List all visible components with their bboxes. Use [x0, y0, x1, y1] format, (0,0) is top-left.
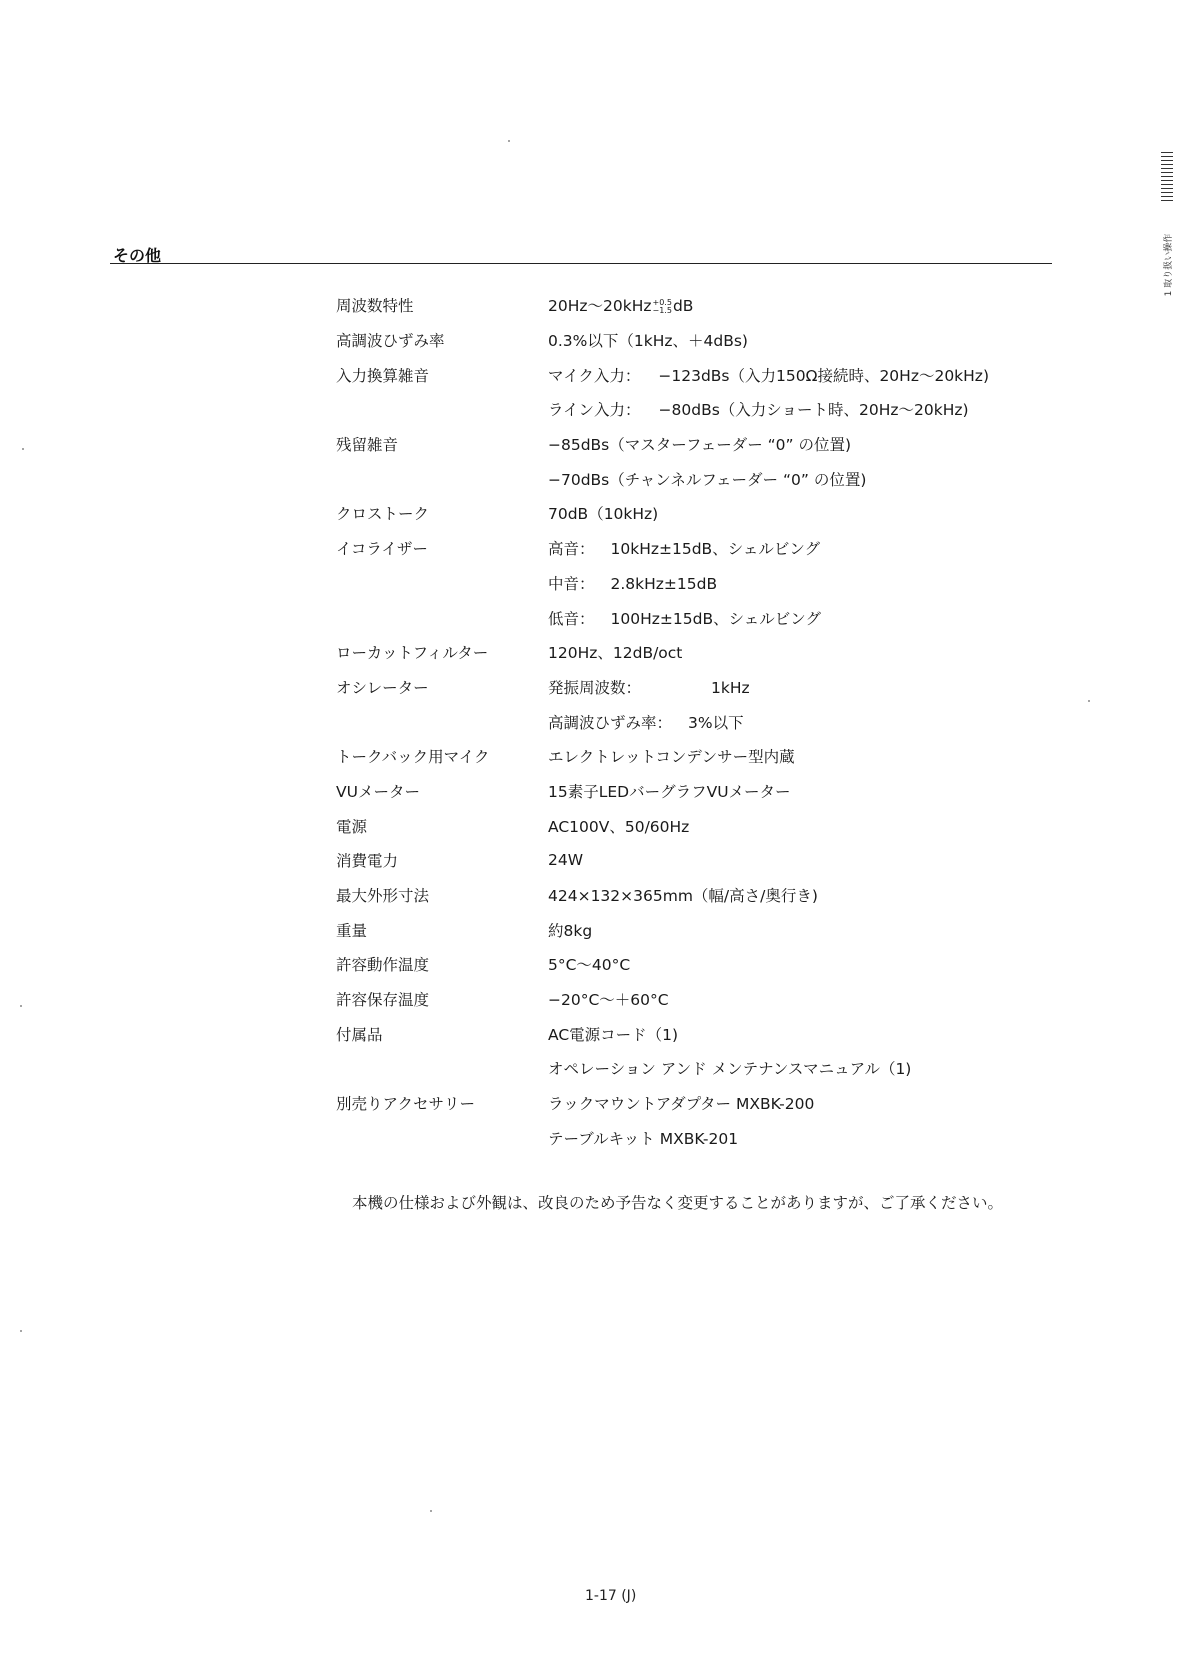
spec-row-residual-noise-master: 残留雑音 −85dBs（マスターフェーダー “0” の位置)	[336, 427, 1056, 462]
scan-speck	[20, 1330, 22, 1332]
spec-value: 高調波ひずみ率：3%以下	[548, 711, 1056, 733]
spec-sub-value: 100Hz±15dB、シェルビング	[611, 610, 821, 628]
spec-label: 最大外形寸法	[336, 884, 548, 906]
spec-row-power-source: 電源 AC100V、50/60Hz	[336, 808, 1056, 843]
spec-label: 付属品	[336, 1023, 548, 1045]
tolerance: +0.5−1.5	[653, 299, 672, 315]
spec-value-text: 20Hz～20kHz	[548, 297, 652, 315]
spec-value: 70dB（10kHz)	[548, 502, 1056, 524]
chapter-title: 取り扱い操作	[1164, 234, 1174, 288]
chapter-side-tab: 1 取り扱い操作	[1158, 148, 1176, 318]
scan-speck	[22, 448, 24, 450]
spec-value: 15素子LEDバーグラフVUメーター	[548, 780, 1056, 802]
spec-sub-key: 発振周波数：	[548, 676, 641, 698]
spec-row-accessories-manual: オペレーション アンド メンテナンスマニュアル（1)	[336, 1051, 1056, 1086]
spec-value: 24W	[548, 851, 1056, 869]
spec-sub-key: 低音：	[548, 607, 595, 629]
spec-row-optional-rackmount: 別売りアクセサリー ラックマウントアダプター MXBK-200	[336, 1086, 1056, 1121]
spec-row-eq-mid: 中音：2.8kHz±15dB	[336, 566, 1056, 601]
page-number: 1-17 (J)	[585, 1588, 636, 1604]
spec-sub-key: 高調波ひずみ率：	[548, 711, 672, 733]
spec-value: 424×132×365mm（幅/高さ/奥行き)	[548, 884, 1056, 906]
spec-value: ライン入力：−80dBs（入力ショート時、20Hz～20kHz)	[548, 398, 1056, 420]
chapter-tab-label: 1 取り扱い操作	[1161, 215, 1175, 315]
spec-row-low-cut-filter: ローカットフィルター 120Hz、12dB/oct	[336, 635, 1056, 670]
specification-change-note: 本機の仕様および外観は、改良のため予告なく変更することがありますが、ご了承くださ…	[352, 1187, 1072, 1220]
scan-speck	[430, 1510, 432, 1512]
spec-sub-value: 2.8kHz±15dB	[611, 575, 718, 593]
spec-row-power-consumption: 消費電力 24W	[336, 843, 1056, 878]
spec-value: 0.3%以下（1kHz、＋4dBs)	[548, 329, 1056, 351]
spec-row-oscillator-freq: オシレーター 発振周波数：1kHz	[336, 670, 1056, 705]
spec-value: テーブルキット MXBK-201	[548, 1127, 1056, 1149]
spec-value: 中音：2.8kHz±15dB	[548, 572, 1056, 594]
spec-label: オシレーター	[336, 676, 548, 698]
spec-value: AC電源コード（1)	[548, 1023, 1056, 1045]
spec-row-eq-low: 低音：100Hz±15dB、シェルビング	[336, 600, 1056, 635]
spec-label: 電源	[336, 815, 548, 837]
spec-label: 消費電力	[336, 849, 548, 871]
spec-sub-value: 3%以下	[688, 714, 744, 732]
spec-value: 低音：100Hz±15dB、シェルビング	[548, 607, 1056, 629]
section-divider	[110, 263, 1052, 264]
spec-row-dimensions: 最大外形寸法 424×132×365mm（幅/高さ/奥行き)	[336, 878, 1056, 913]
spec-value: −70dBs（チャンネルフェーダー “0” の位置)	[548, 468, 1056, 490]
spec-value: 約8kg	[548, 919, 1056, 941]
spec-label: 別売りアクセサリー	[336, 1092, 548, 1114]
spec-value: 発振周波数：1kHz	[548, 676, 1056, 698]
spec-label: VUメーター	[336, 780, 548, 802]
spec-label: 残留雑音	[336, 433, 548, 455]
spec-value: マイク入力：−123dBs（入力150Ω接続時、20Hz～20kHz)	[548, 364, 1056, 386]
spec-label: 周波数特性	[336, 294, 548, 316]
spec-row-oscillator-thd: 高調波ひずみ率：3%以下	[336, 704, 1056, 739]
spec-sub-key: ライン入力：	[548, 398, 641, 420]
spec-label: 重量	[336, 919, 548, 941]
scan-speck	[1088, 700, 1090, 702]
spec-row-vu-meter: VUメーター 15素子LEDバーグラフVUメーター	[336, 774, 1056, 809]
spec-row-accessories-cord: 付属品 AC電源コード（1)	[336, 1016, 1056, 1051]
spec-table: 周波数特性 20Hz～20kHz+0.5−1.5dB 高調波ひずみ率 0.3%以…	[336, 288, 1056, 1155]
spec-value: 5°C～40°C	[548, 953, 1056, 975]
spec-row-crosstalk: クロストーク 70dB（10kHz)	[336, 496, 1056, 531]
spec-value: オペレーション アンド メンテナンスマニュアル（1)	[548, 1057, 1056, 1079]
spec-value: −85dBs（マスターフェーダー “0” の位置)	[548, 433, 1056, 455]
spec-sub-key: マイク入力：	[548, 364, 640, 386]
chapter-number: 1	[1164, 291, 1174, 297]
spec-label: トークバック用マイク	[336, 745, 548, 767]
spec-row-weight: 重量 約8kg	[336, 912, 1056, 947]
spec-label: クロストーク	[336, 502, 548, 524]
spec-label: 高調波ひずみ率	[336, 329, 548, 351]
spec-value: 高音：10kHz±15dB、シェルビング	[548, 537, 1056, 559]
spec-value: ラックマウントアダプター MXBK-200	[548, 1092, 1056, 1114]
scan-speck	[508, 140, 510, 142]
spec-sub-value: 1kHz	[711, 679, 750, 697]
spec-label: 許容保存温度	[336, 988, 548, 1010]
spec-sub-key: 中音：	[548, 572, 595, 594]
tolerance-unit: dB	[673, 297, 693, 315]
spec-value: −20°C～＋60°C	[548, 988, 1056, 1010]
spec-value: 120Hz、12dB/oct	[548, 641, 1056, 663]
spec-value: 20Hz～20kHz+0.5−1.5dB	[548, 294, 1056, 316]
spec-sub-value: 10kHz±15dB、シェルビング	[611, 540, 821, 558]
tolerance-minus: −1.5	[653, 307, 672, 315]
spec-row-input-noise-mic: 入力換算雑音 マイク入力：−123dBs（入力150Ω接続時、20Hz～20kH…	[336, 357, 1056, 392]
spec-row-storage-temp: 許容保存温度 −20°C～＋60°C	[336, 982, 1056, 1017]
spec-row-talkback-mic: トークバック用マイク エレクトレットコンデンサー型内蔵	[336, 739, 1056, 774]
spec-label: ローカットフィルター	[336, 641, 548, 663]
spec-value: エレクトレットコンデンサー型内蔵	[548, 745, 1056, 767]
spec-label: 許容動作温度	[336, 953, 548, 975]
spec-row-eq-high: イコライザー 高音：10kHz±15dB、シェルビング	[336, 531, 1056, 566]
spec-sub-value: −80dBs（入力ショート時、20Hz～20kHz)	[659, 401, 969, 419]
index-bars-decoration	[1161, 152, 1173, 204]
scan-speck	[20, 1005, 22, 1007]
spec-row-operating-temp: 許容動作温度 5°C～40°C	[336, 947, 1056, 982]
spec-row-frequency-response: 周波数特性 20Hz～20kHz+0.5−1.5dB	[336, 288, 1056, 323]
spec-row-input-noise-line: ライン入力：−80dBs（入力ショート時、20Hz～20kHz)	[336, 392, 1056, 427]
spec-label: イコライザー	[336, 537, 548, 559]
spec-label: 入力換算雑音	[336, 364, 548, 386]
spec-row-residual-noise-channel: −70dBs（チャンネルフェーダー “0” の位置)	[336, 461, 1056, 496]
spec-row-optional-table-kit: テーブルキット MXBK-201	[336, 1121, 1056, 1156]
spec-value: AC100V、50/60Hz	[548, 815, 1056, 837]
spec-sub-value: −123dBs（入力150Ω接続時、20Hz～20kHz)	[658, 367, 989, 385]
spec-row-thd: 高調波ひずみ率 0.3%以下（1kHz、＋4dBs)	[336, 323, 1056, 358]
spec-sub-key: 高音：	[548, 537, 595, 559]
